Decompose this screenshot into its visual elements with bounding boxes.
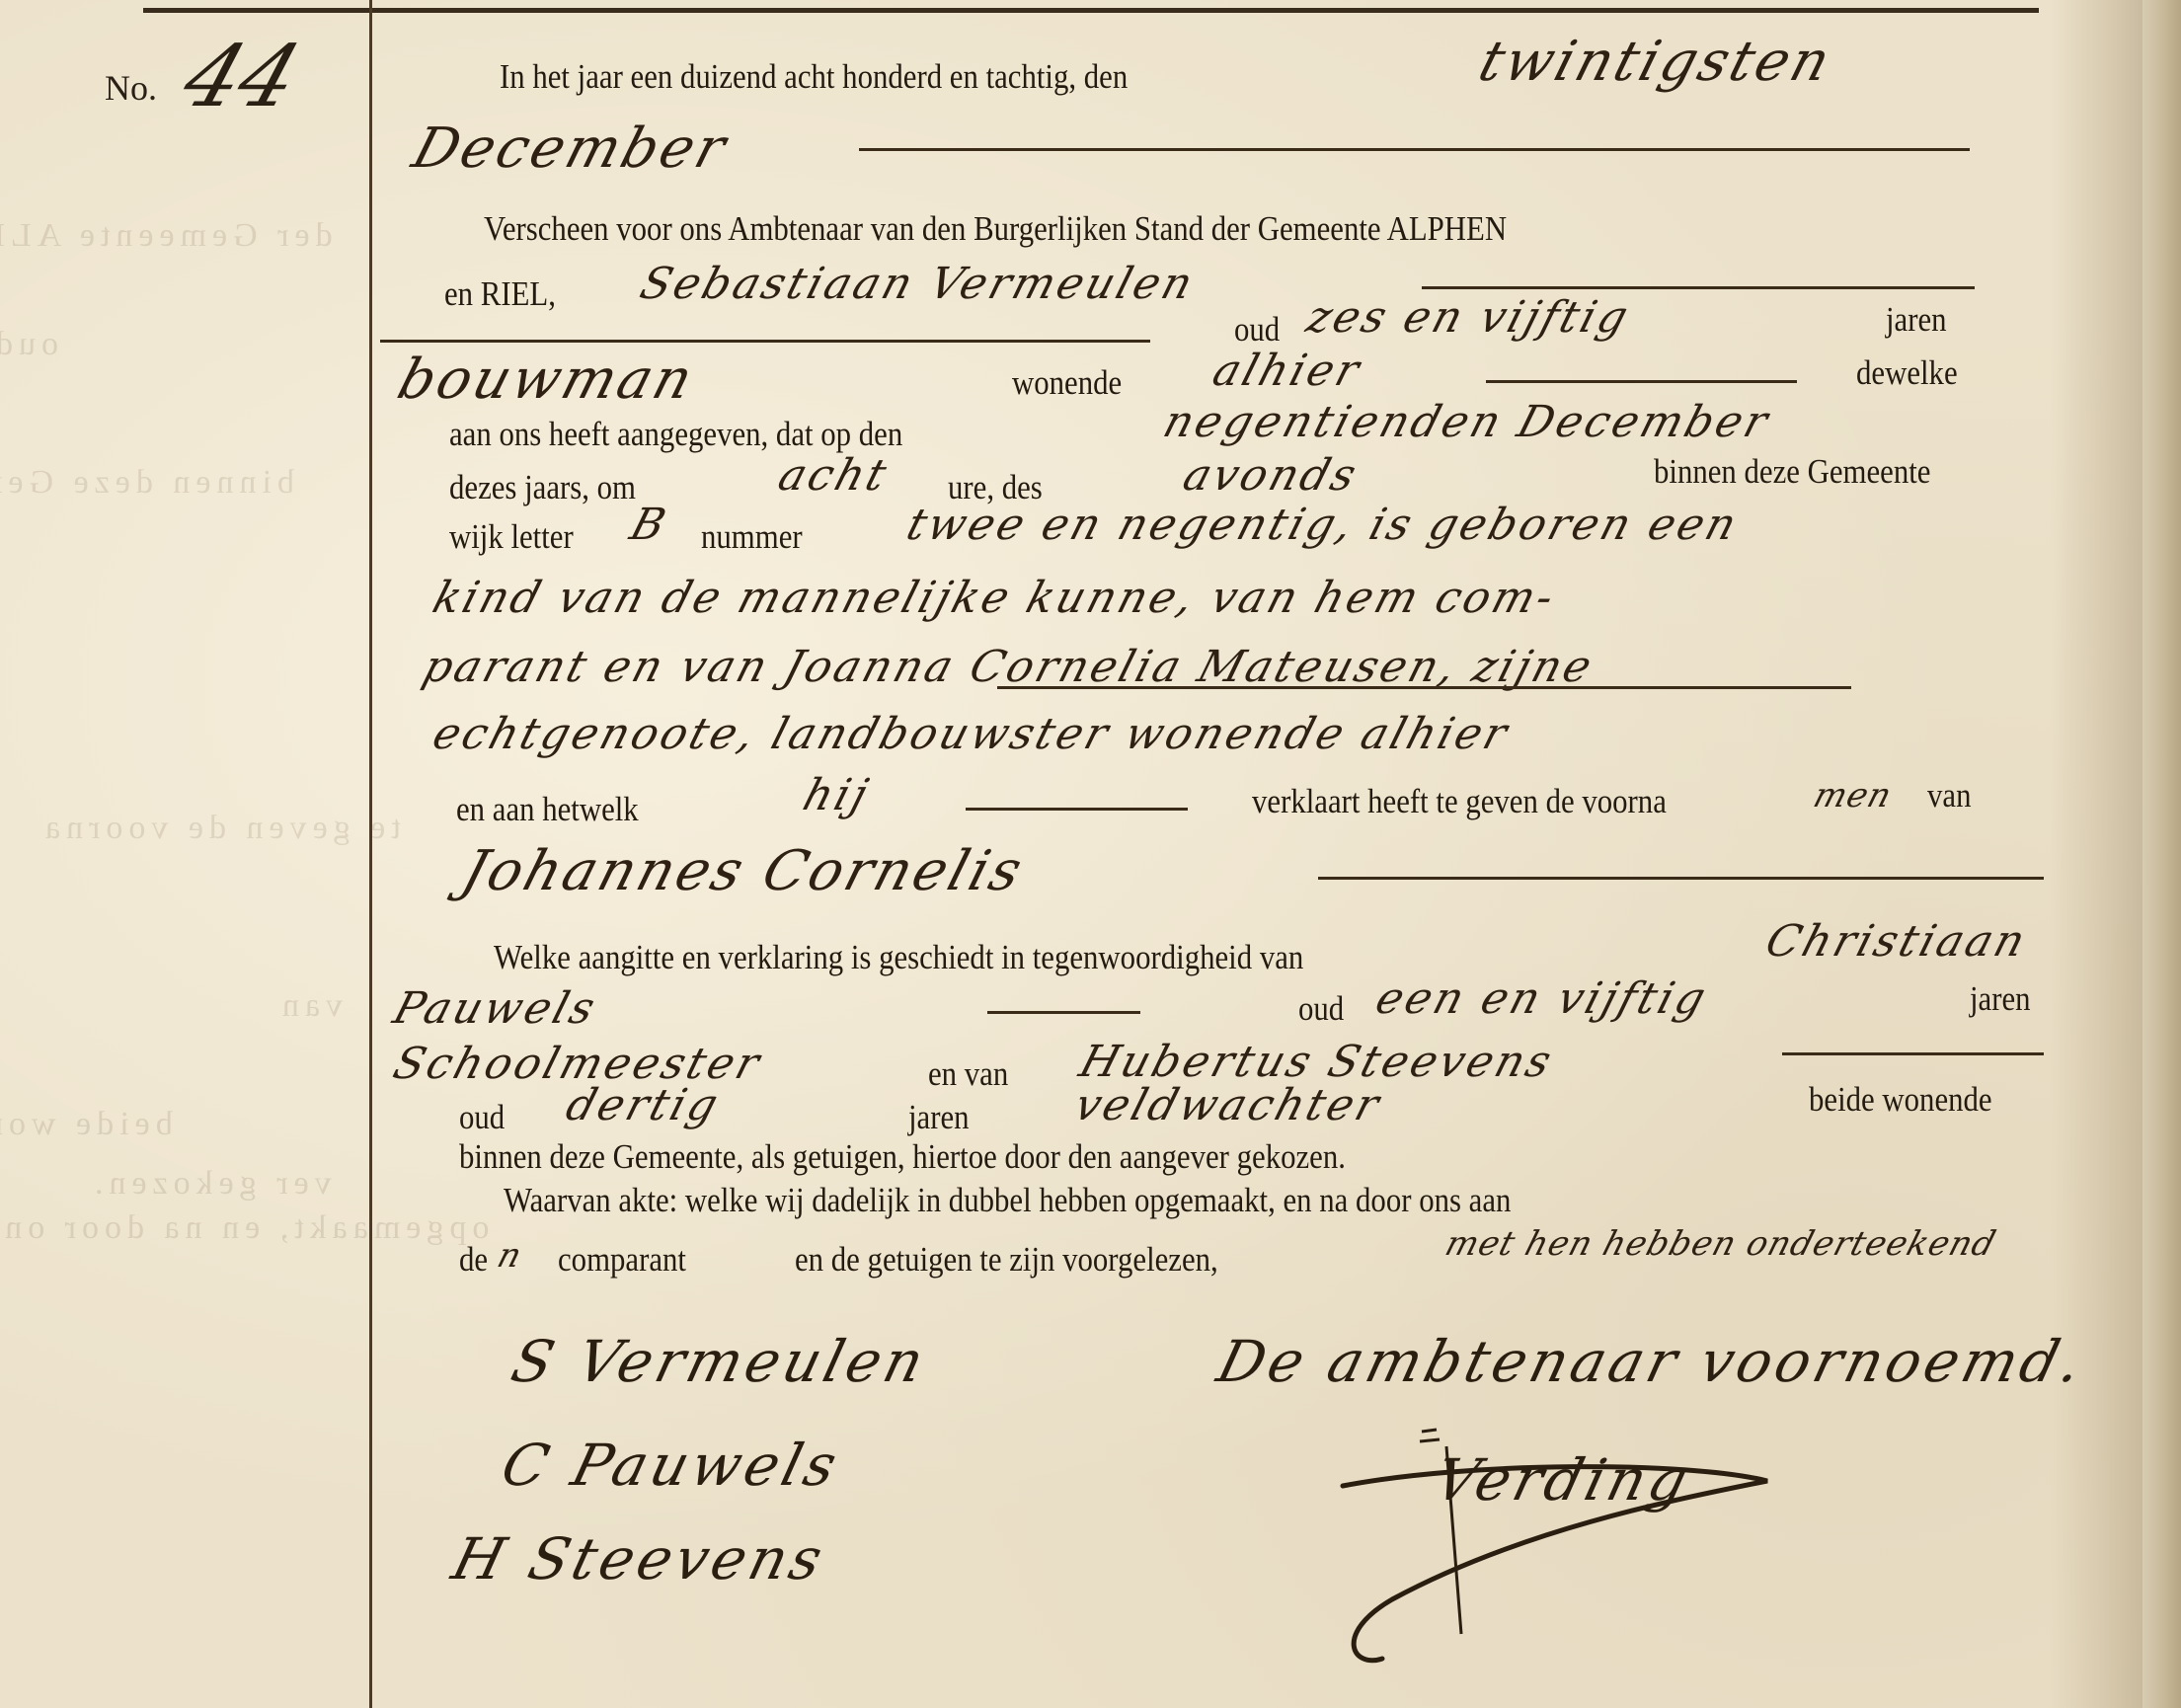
printed-municipality-cont: en RIEL, (444, 274, 556, 314)
printed-appearance: Verscheen voor ons Ambtenaar van den Bur… (484, 209, 1507, 249)
handwritten-house-number: twee en negentig, is geboren een (901, 500, 1746, 550)
document-page: der Gemeente ALP oud binnen deze Gem te … (0, 0, 2181, 1708)
official-title: De ambtenaar voornoemd. (1211, 1328, 2093, 1395)
signature-declarant: S Vermeulen (506, 1328, 935, 1395)
handwritten-witness1-first: Christiaan (1760, 916, 2034, 967)
handwritten-declarant-occupation: bouwman (391, 348, 703, 412)
handwritten-daypart: avonds (1178, 450, 1364, 501)
handwritten-pronoun: hij (798, 770, 877, 820)
handwritten-name-suffix: men (1809, 776, 1897, 815)
handwritten-closing: met hen hebben onderteekend (1441, 1224, 2000, 1264)
printed-witnesses-intro: Welke aangitte en verklaring is geschied… (494, 938, 1303, 977)
handwritten-child-name: Johannes Cornelis (455, 839, 1032, 903)
printed-declared: aan ons heeft aangegeven, dat op den (449, 415, 902, 454)
bleed-through-text: ver gekozen. (89, 1165, 332, 1203)
handwritten-witness1-last: Pauwels (388, 983, 603, 1034)
handwritten-day: twintigsten (1472, 30, 1840, 94)
signature-witness1: C Pauwels (496, 1432, 847, 1499)
bleed-through-text: oud (0, 326, 58, 363)
handwritten-hour: acht (773, 450, 896, 501)
printed-this-year: dezes jaars, om (449, 468, 636, 507)
printed-read-aloud: en de getuigen te zijn voorgelezen, (795, 1240, 1218, 1280)
printed-comparant: comparant (558, 1240, 686, 1280)
printed-oud: oud (1298, 989, 1344, 1029)
printed-dewelke: dewelke (1856, 353, 1958, 393)
printed-as-witnesses: binnen deze Gemeente, als getuigen, hier… (459, 1137, 1346, 1177)
printed-nummer: nummer (701, 517, 803, 557)
fill-line (1486, 380, 1797, 383)
printed-wonende: wonende (1012, 363, 1122, 403)
bleed-through-text: beide won (0, 1106, 173, 1143)
printed-de: de (459, 1240, 488, 1280)
printed-deed-clause: Waarvan akte: welke wij dadelijk in dubb… (504, 1181, 1511, 1220)
handwritten-declarant-name: Sebastiaan Vermeulen (635, 259, 1202, 309)
bleed-through-text: te geven de voorna (39, 810, 401, 847)
handwritten-witness1-age: een en vijftig (1370, 973, 1714, 1024)
handwritten-witness2-age: dertig (561, 1080, 727, 1130)
handwritten-month: December (406, 116, 736, 181)
handwritten-mother-occupation: echtgenoote, landbouwster wonende alhier (428, 709, 1516, 759)
bleed-through-text: opgemaakt, en na door ons (0, 1209, 489, 1247)
printed-jaren: jaren (908, 1098, 970, 1137)
printed-wijk-letter: wijk letter (449, 517, 574, 557)
printed-and-to-which: en aan hetwelk (456, 790, 639, 829)
handwritten-declarant-age: zes en vijftig (1301, 292, 1637, 343)
printed-declared-names: verklaart heeft te geven de voorna (1252, 782, 1667, 821)
printed-jaren: jaren (1886, 300, 1947, 340)
fill-line (1422, 286, 1975, 289)
fill-line (1318, 877, 2044, 880)
bleed-through-text: der Gemeente ALP (0, 217, 333, 255)
entry-number-value: 44 (172, 28, 312, 126)
printed-oud: oud (459, 1098, 505, 1137)
fill-line (380, 340, 1150, 343)
fill-line (859, 148, 1970, 151)
handwritten-child-sex: kind van de mannelijke kunne, van hem co… (428, 573, 1563, 623)
printed-intro: In het jaar een duizend acht honderd en … (500, 57, 1128, 97)
handwritten-witness2-occupation: veldwachter (1069, 1080, 1387, 1130)
fill-line (987, 1011, 1140, 1014)
printed-en-van: en van (928, 1054, 1008, 1094)
fill-line (966, 808, 1188, 811)
printed-jaren: jaren (1970, 979, 2031, 1019)
handwritten-residence: alhier (1207, 346, 1367, 396)
printed-oud: oud (1234, 310, 1280, 349)
handwritten-mother: parant en van Joanna Cornelia Mateusen, … (418, 642, 1600, 692)
margin-column-rule (369, 0, 372, 1708)
signature-flourish (1274, 1422, 1886, 1678)
handwritten-birth-date: negentienden December (1158, 397, 1776, 447)
printed-within-municipality: binnen deze Gemeente (1654, 452, 1930, 492)
book-gutter-edge (2142, 0, 2181, 1708)
entry-number-label: No. (105, 67, 157, 109)
mother-name-underline (997, 686, 1851, 689)
fill-line (1782, 1052, 2044, 1055)
top-rule (143, 8, 2039, 13)
printed-van: van (1927, 776, 1971, 815)
printed-both-residing: beide wonende (1809, 1080, 1992, 1120)
handwritten-de-suffix: n (493, 1236, 526, 1276)
bleed-through-text: binnen deze Gem (0, 464, 294, 502)
signature-witness2: H Steevens (446, 1525, 833, 1592)
bleed-through-text: van (276, 987, 343, 1025)
